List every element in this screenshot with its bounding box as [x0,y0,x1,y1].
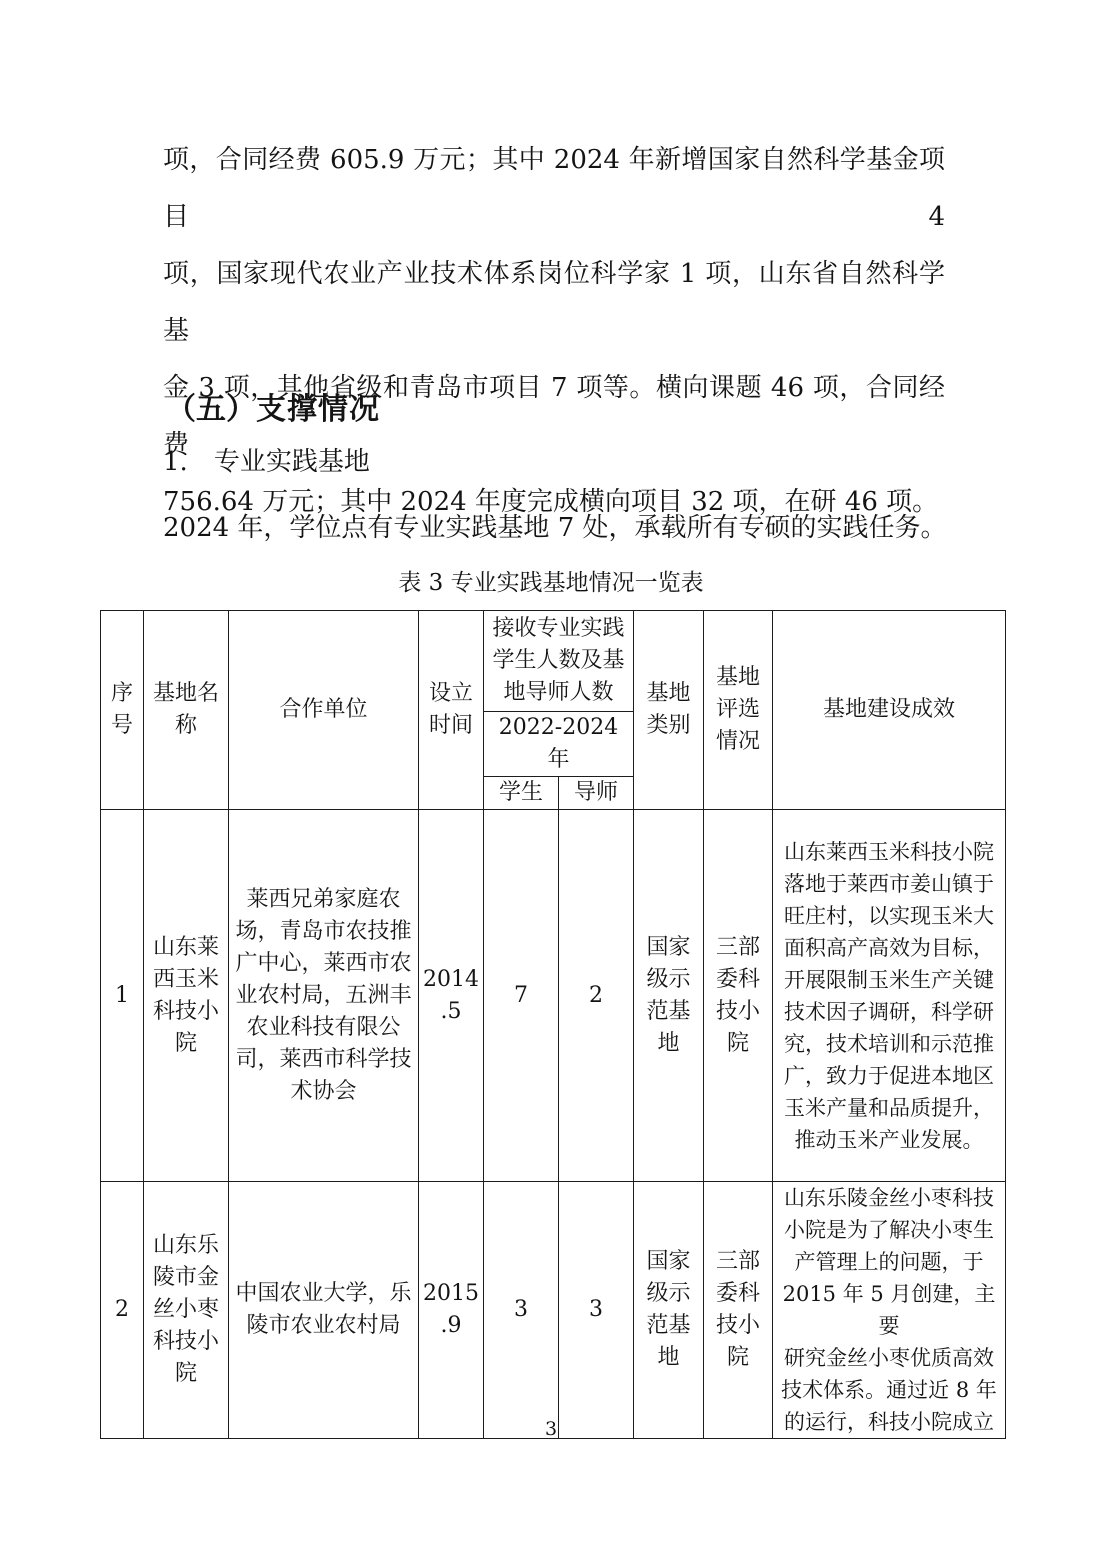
table-caption: 表 3 专业实践基地情况一览表 [0,568,1102,598]
table-header-row: 序 号 基地名 称 合作单位 设立 时间 接收专业实践 学生人数及基 地导师人数… [101,611,1006,712]
cell-r1-tutors: 2 [559,810,634,1182]
cell-r1-name: 山东莱 西玉米 科技小 院 [144,810,229,1182]
section-heading: （五）支撑情况 [166,388,380,432]
cell-r2-students: 3 [484,1182,559,1439]
cell-r2-index: 2 [101,1182,144,1439]
cell-r1-selection: 三部 委科 技小 院 [704,810,773,1182]
cell-r1-students: 7 [484,810,559,1182]
cell-r1-setup-time: 2014 .5 [419,810,484,1182]
cell-r2-partner: 中国农业大学，乐 陵市农业农村局 [229,1182,419,1439]
col-header-partner: 合作单位 [229,611,419,810]
paragraph-line: 项，合同经费 605.9 万元；其中 2024 年新增国家自然科学基金项目 4 [163,132,945,246]
subsection-number: 1. [163,442,188,482]
col-header-students: 学生 [484,777,559,810]
page-number: 3 [0,1417,1102,1441]
cell-r1-index: 1 [101,810,144,1182]
subsection-heading: 1.专业实践基地 [163,442,370,482]
cell-r1-partner: 莱西兄弟家庭农 场，青岛市农技推 广中心，莱西市农 业农村局，五洲丰 农业科技有… [229,810,419,1182]
paragraph-line: 项，国家现代农业产业技术体系岗位科学家 1 项，山东省自然科学基 [163,246,945,360]
col-header-intake-group: 接收专业实践 学生人数及基 地导师人数 [484,611,634,712]
col-header-years: 2022-2024 年 [484,712,634,777]
col-header-selection: 基地 评选 情况 [704,611,773,810]
practice-base-table: 序 号 基地名 称 合作单位 设立 时间 接收专业实践 学生人数及基 地导师人数… [100,610,1006,1439]
cell-r2-selection: 三部 委科 技小 院 [704,1182,773,1439]
col-header-index: 序 号 [101,611,144,810]
cell-r2-setup-time: 2015 .9 [419,1182,484,1439]
cell-r2-achievement: 山东乐陵金丝小枣科技 小院是为了解决小枣生 产管理上的问题，于 2015 年 5… [773,1182,1006,1439]
subsection-title: 专业实践基地 [214,447,370,477]
col-header-achievement: 基地建设成效 [773,611,1006,810]
cell-r2-tutors: 3 [559,1182,634,1439]
cell-r1-achievement: 山东莱西玉米科技小院 落地于莱西市姜山镇于 旺庄村，以实现玉米大 面积高产高效为… [773,810,1006,1182]
cell-r1-category: 国家 级示 范基 地 [634,810,704,1182]
table-row: 1 山东莱 西玉米 科技小 院 莱西兄弟家庭农 场，青岛市农技推 广中心，莱西市… [101,810,1006,1182]
section-title: 支撑情况 [256,392,380,427]
col-header-setup-time: 设立 时间 [419,611,484,810]
cell-r2-name: 山东乐 陵市金 丝小枣 科技小 院 [144,1182,229,1439]
section-number: （五） [166,392,256,427]
cell-r2-category: 国家 级示 范基 地 [634,1182,704,1439]
intro-paragraph: 2024 年，学位点有专业实践基地 7 处，承载所有专硕的实践任务。 [163,508,963,548]
col-header-name: 基地名 称 [144,611,229,810]
col-header-category: 基地 类别 [634,611,704,810]
table-row: 2 山东乐 陵市金 丝小枣 科技小 院 中国农业大学，乐 陵市农业农村局 201… [101,1182,1006,1439]
col-header-tutors: 导师 [559,777,634,810]
document-page: 项，合同经费 605.9 万元；其中 2024 年新增国家自然科学基金项目 4 … [0,0,1102,1559]
